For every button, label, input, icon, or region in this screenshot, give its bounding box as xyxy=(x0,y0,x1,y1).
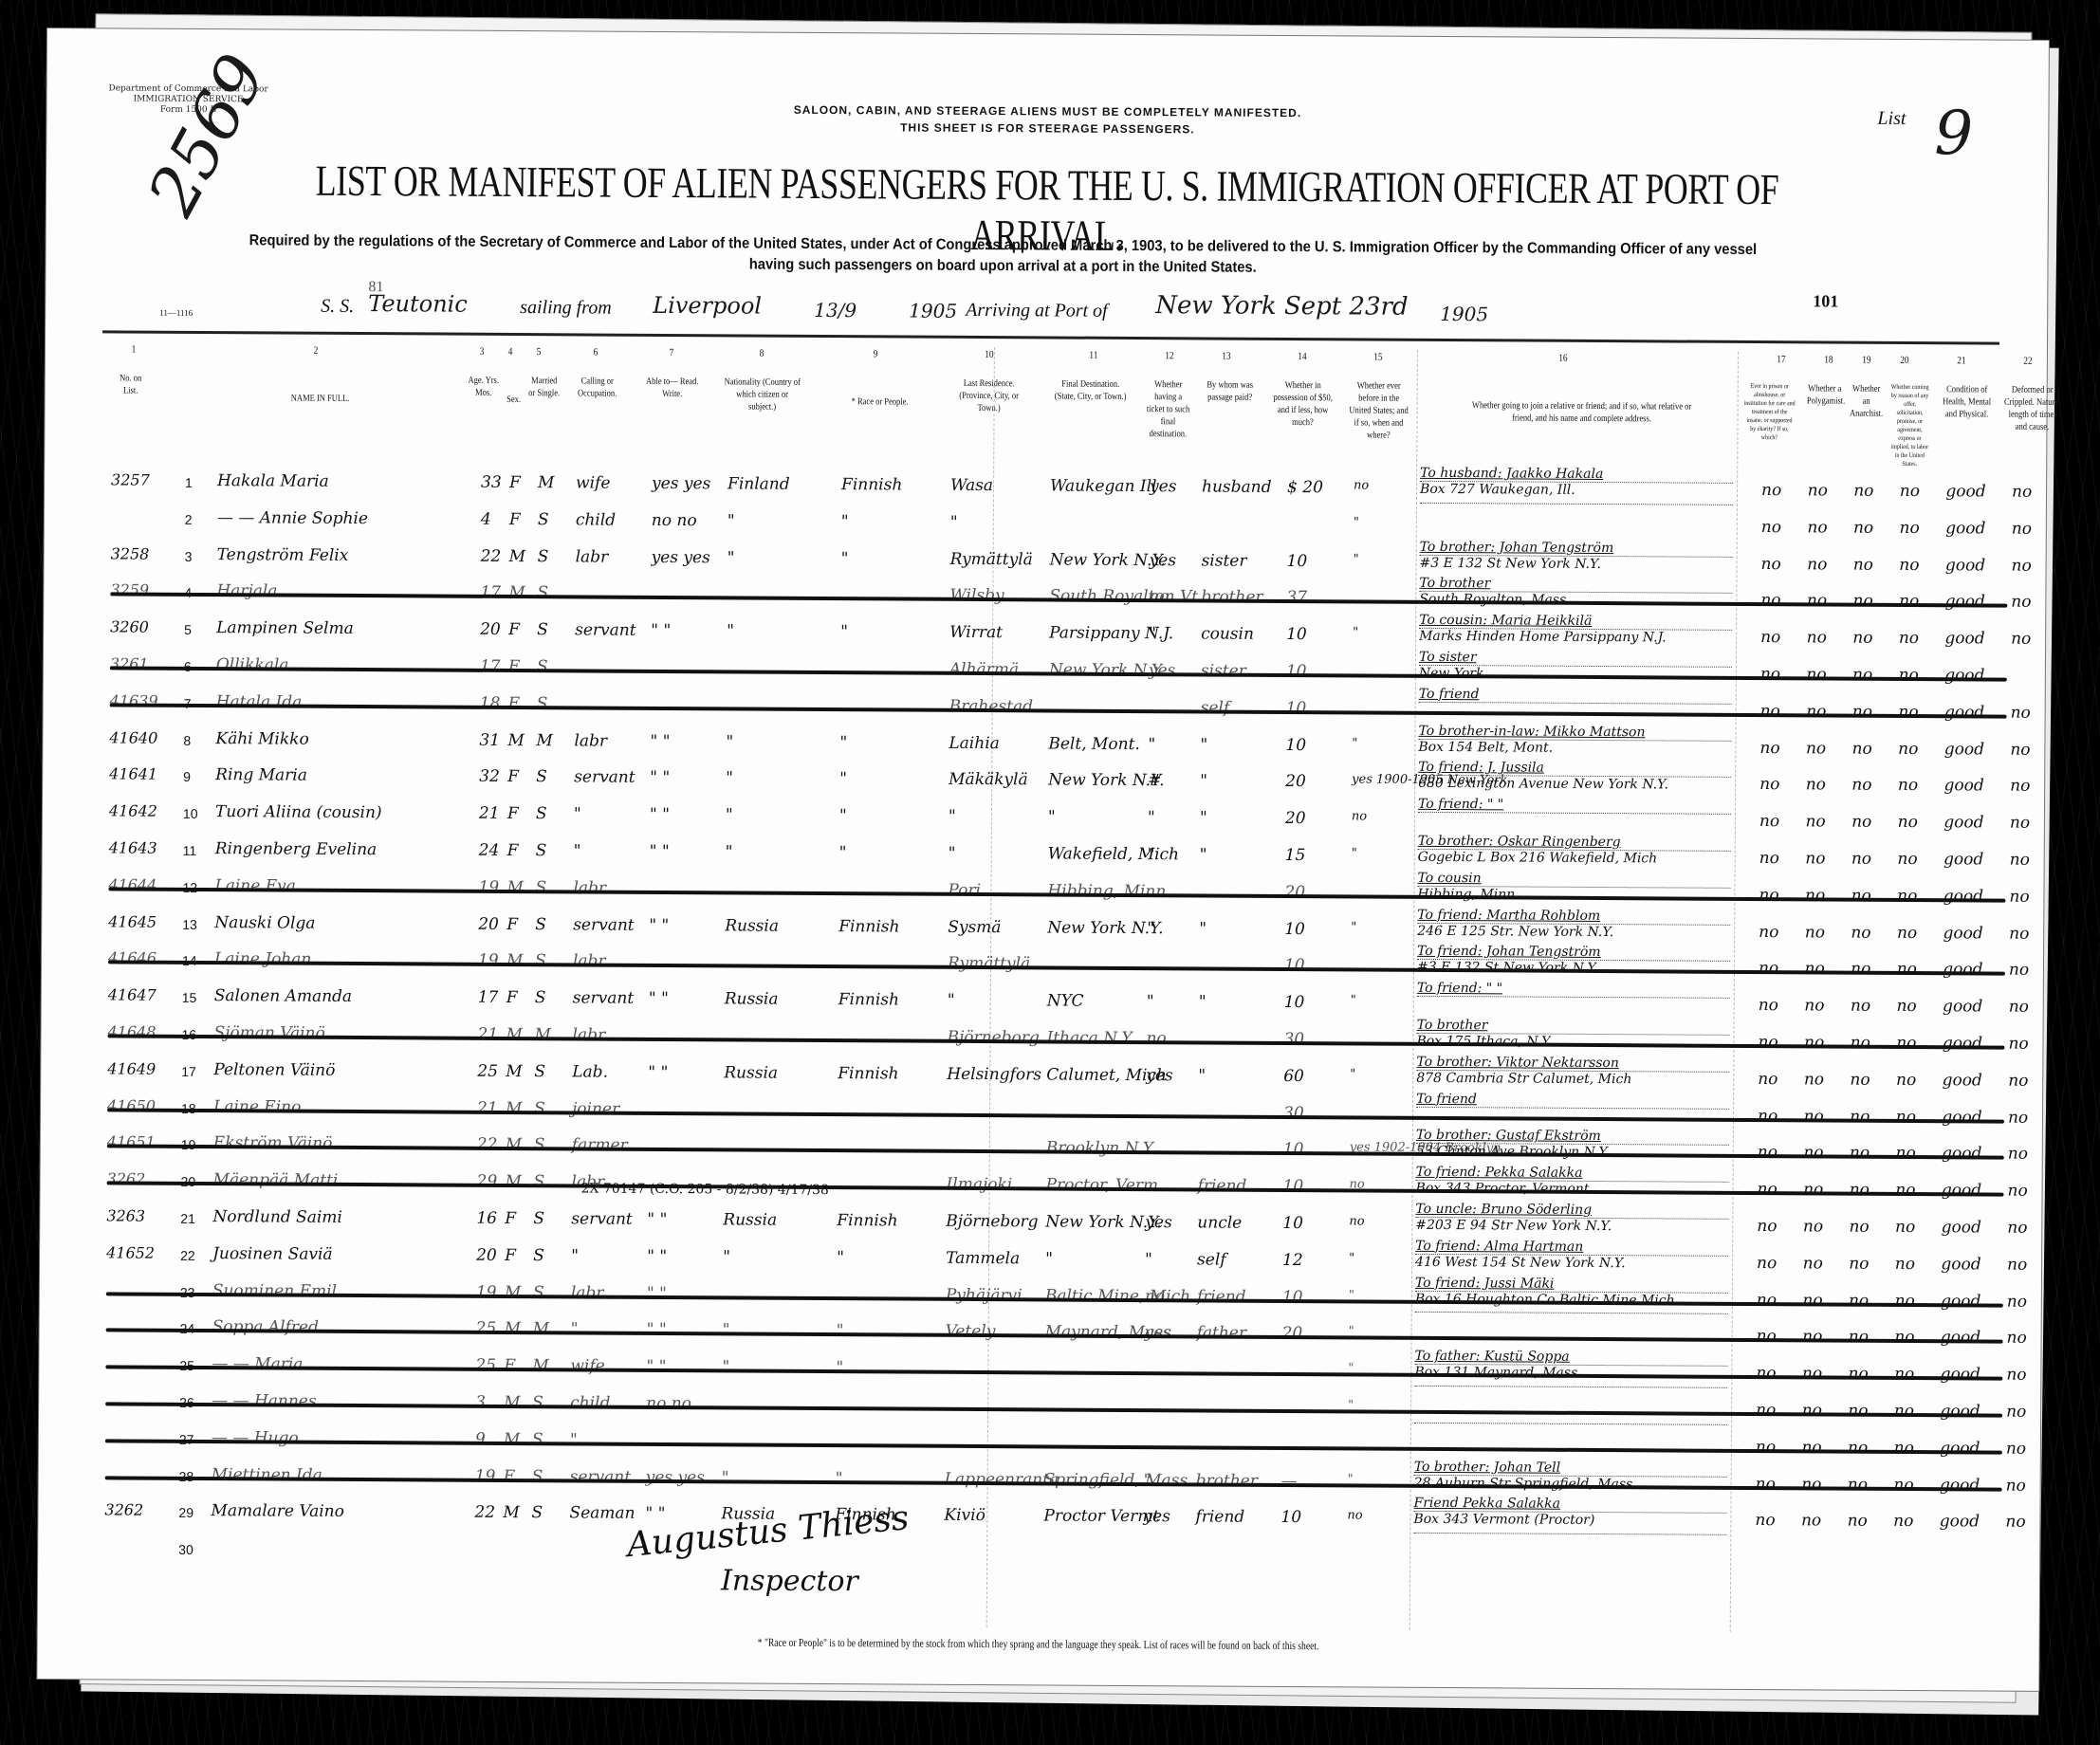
sex: M xyxy=(508,583,525,602)
nationality: " xyxy=(726,769,733,788)
age: 22 xyxy=(474,1503,495,1522)
relative-name: To friend: Johan Tengström xyxy=(1417,944,1730,962)
inspection-answers: no no no no good no xyxy=(1759,812,2030,833)
sex: F xyxy=(504,1467,515,1486)
line-number: 6 xyxy=(184,659,192,674)
col-header-contract-labor: Whether coming by reason of any offer, s… xyxy=(1890,383,1929,468)
arrival-year: 1905 xyxy=(1440,303,1488,325)
passage-paid-by: " xyxy=(1200,735,1207,754)
relative-address: #3 E 132 St New York N.Y. xyxy=(1417,960,1730,977)
passenger-name: — — Hannes xyxy=(212,1391,317,1411)
marital-status: M xyxy=(534,1025,551,1044)
last-residence: " xyxy=(949,807,956,826)
relative-address: Box 727 Waukegan, Ill. xyxy=(1420,482,1733,499)
sex: M xyxy=(506,1172,523,1191)
passage-paid-by: brother xyxy=(1201,588,1262,607)
money: 12 xyxy=(1282,1251,1303,1270)
read-write: no no xyxy=(646,1394,691,1413)
marital-status: S xyxy=(535,988,546,1007)
relative-name: To friend: Pekka Salakka xyxy=(1416,1165,1729,1183)
inspection-answers: no no no no good no xyxy=(1755,1511,2025,1532)
nationality: " xyxy=(727,622,734,641)
relative-name: To brother xyxy=(1419,576,1732,594)
money: 20 xyxy=(1285,772,1306,791)
relative-name: To brother: Gustaf Ekström xyxy=(1416,1128,1729,1146)
joining-relative: To friend: " " xyxy=(1418,797,1731,815)
money: 15 xyxy=(1285,846,1306,865)
col-header-final-destination: Final Destination. (State, City, or Town… xyxy=(1052,377,1130,402)
marital-status: S xyxy=(538,547,549,566)
last-residence: Wilsby xyxy=(949,586,1004,605)
passage-paid-by: cousin xyxy=(1201,625,1254,644)
joining-relative: To brother: Gustaf Ekström53 Clinton Ave… xyxy=(1416,1128,1729,1161)
read-write: " " xyxy=(647,1283,667,1302)
relative-name: To friend: Alma Hartman xyxy=(1415,1239,1728,1257)
previous-us-visit: " xyxy=(1348,1472,1354,1486)
list-label: List xyxy=(1877,108,1906,129)
race: " xyxy=(837,1248,844,1267)
inspection-answers: no no no no good no xyxy=(1758,1070,2028,1091)
inspection-answers: no no no no good no xyxy=(1757,1291,2027,1312)
col-header-ticket: Whether having a ticket to such final de… xyxy=(1146,378,1191,440)
relative-address: Box 343 Vermont (Proctor) xyxy=(1413,1512,1726,1529)
registry-number: 41649 xyxy=(107,1059,156,1077)
col-header-age: Age. Yrs. Mos. xyxy=(466,375,502,399)
last-residence: Björneborg xyxy=(946,1212,1038,1232)
line-number: 20 xyxy=(181,1174,196,1189)
line-number: 4 xyxy=(184,585,192,600)
passenger-name: Kähi Mikko xyxy=(215,729,308,749)
last-residence: " xyxy=(948,991,955,1010)
joining-relative: To cousinHibbing, Minn xyxy=(1417,871,1730,904)
joining-relative: To husband: Jaakko HakalaBox 727 Waukega… xyxy=(1420,466,1733,499)
age: 32 xyxy=(479,767,500,786)
last-residence: Alhärmä xyxy=(949,660,1019,679)
joining-relative: To cousin: Maria HeikkiläMarks Hinden Ho… xyxy=(1419,613,1732,646)
marital-status: S xyxy=(532,1467,543,1486)
last-residence: Mäkäkylä xyxy=(949,770,1028,790)
registry-number: 3262 xyxy=(107,1170,146,1188)
read-write: " " xyxy=(650,768,670,787)
previous-us-visit: " xyxy=(1352,846,1357,860)
line-number: 2 xyxy=(185,512,193,527)
last-residence: Pyhäjärvi xyxy=(946,1285,1022,1304)
col-num: 5 xyxy=(523,346,555,358)
passenger-name: Mäenpää Matti xyxy=(213,1170,339,1190)
previous-us-visit: " xyxy=(1349,1288,1354,1302)
line-number: 17 xyxy=(181,1064,196,1079)
read-write: " " xyxy=(650,805,670,824)
passage-paid-by: friend xyxy=(1198,1177,1247,1196)
money: 10 xyxy=(1283,1140,1304,1159)
passenger-name: Hatala Ida xyxy=(216,692,303,712)
money: 10 xyxy=(1286,625,1307,644)
relative-address: 246 E 125 Str. New York N.Y. xyxy=(1417,923,1730,940)
relative-address: South Royalton, Mass xyxy=(1419,592,1732,609)
registry-number: 3260 xyxy=(110,618,149,636)
race: " xyxy=(839,806,847,825)
passage-paid-by: sister xyxy=(1201,661,1246,680)
relative-name: To husband: Jaakko Hakala xyxy=(1420,466,1733,484)
nationality: " xyxy=(723,1321,730,1340)
read-write: " " xyxy=(651,621,671,640)
last-residence: Björneborg xyxy=(947,1028,1039,1048)
sex: M xyxy=(507,731,525,750)
age: 3 xyxy=(475,1393,486,1412)
marital-status: S xyxy=(534,1172,545,1191)
sex: F xyxy=(508,620,520,639)
inspection-answers: no no no no good no xyxy=(1758,1033,2028,1054)
line-number: 5 xyxy=(184,622,192,637)
last-residence: Tammela xyxy=(946,1249,1020,1268)
money: 10 xyxy=(1280,1508,1301,1527)
marital-status: S xyxy=(534,1062,545,1081)
line-number: 18 xyxy=(181,1100,196,1115)
voyage-line: S. S. Teutonic sailing from Liverpool 13… xyxy=(207,295,1990,334)
race: " xyxy=(841,512,849,531)
nationality: " xyxy=(728,511,735,530)
age: 17 xyxy=(480,583,501,602)
registry-number: 41642 xyxy=(109,802,157,820)
passenger-name: Lampinen Selma xyxy=(216,618,354,638)
last-residence: Vetely xyxy=(946,1322,996,1341)
last-residence: Helsingfors xyxy=(947,1065,1041,1085)
passenger-name: Ekström Väinö xyxy=(213,1133,333,1153)
marital-status: S xyxy=(537,657,548,676)
passage-paid-by: self xyxy=(1201,698,1230,717)
departure-port: Liverpool xyxy=(653,292,762,320)
registry-number: 41651 xyxy=(107,1133,156,1151)
previous-us-visit: " xyxy=(1349,1325,1354,1339)
passage-paid-by: self xyxy=(1197,1250,1226,1269)
age: 21 xyxy=(479,804,500,823)
marital-status: M xyxy=(538,473,555,492)
nationality: " xyxy=(726,732,733,751)
relative-name: To brother xyxy=(1417,1018,1730,1036)
sex: M xyxy=(505,1283,522,1302)
money: — xyxy=(1281,1472,1298,1491)
joining-relative: To brother: Johan Tengström#3 E 132 St N… xyxy=(1420,539,1733,572)
sex: M xyxy=(506,1062,523,1081)
joining-relative: To sisterNew York xyxy=(1419,650,1732,683)
passage-paid-by: " xyxy=(1200,772,1207,791)
read-write: " " xyxy=(650,731,670,750)
ticket: " xyxy=(1145,1250,1152,1269)
nationality: Russia xyxy=(723,1210,777,1229)
age: 24 xyxy=(479,841,500,860)
relative-address: Gogebic L Box 216 Wakefield, Mich xyxy=(1418,850,1731,867)
nationality: Russia xyxy=(725,916,779,935)
age: 25 xyxy=(476,1319,497,1338)
registry-number: 41644 xyxy=(108,875,157,893)
notice: SALOON, CABIN, AND STEERAGE ALIENS MUST … xyxy=(46,97,2048,143)
relative-name: To friend: J. Jussila xyxy=(1418,760,1731,778)
column-numbers: 1 2 3 4 5 6 7 8 9 10 11 12 13 14 15 16 1… xyxy=(112,343,1999,377)
registry-number: 3261 xyxy=(110,654,149,672)
age: 17 xyxy=(480,657,501,676)
col-header-money: Whether in possession of $50, and if les… xyxy=(1272,379,1334,429)
inspection-answers: no no no no good xyxy=(1760,665,1985,685)
occupation: child xyxy=(570,1393,610,1412)
previous-us-visit: " xyxy=(1352,736,1357,750)
column-headers: No. on List. NAME IN FULL. Age. Yrs. Mos… xyxy=(111,372,1999,468)
occupation: servant xyxy=(573,989,635,1008)
col-header-married: Married or Single. xyxy=(528,375,561,399)
ship-name: Teutonic xyxy=(368,290,468,318)
line-number: 16 xyxy=(181,1027,196,1042)
joining-relative: To friend: Johan Tengström#3 E 132 St Ne… xyxy=(1417,944,1730,977)
final-destination: Baltic Mine, Mich xyxy=(1045,1286,1190,1306)
stamp-number: 2569 xyxy=(133,42,282,228)
form-code: 11—1116 xyxy=(159,308,193,318)
occupation: " xyxy=(571,1246,579,1265)
registry-number: 3257 xyxy=(111,470,150,488)
col-header-occupation: Calling or Occupation. xyxy=(571,375,623,399)
passenger-name: Hakala Maria xyxy=(217,471,329,491)
ticket: no xyxy=(1149,587,1169,606)
passage-paid-by: father xyxy=(1197,1324,1247,1343)
col-num: 12 xyxy=(1150,350,1190,361)
inspection-answers: no no no no good no xyxy=(1759,739,2030,760)
marital-status: S xyxy=(538,510,549,529)
last-residence: Wasa xyxy=(950,476,993,495)
sailing-label: sailing from xyxy=(520,297,612,320)
age: 22 xyxy=(477,1135,498,1154)
relative-address: Box 16 Houghton Co Baltic Mine Mich xyxy=(1415,1291,1728,1308)
inspection-answers: no no no no good no xyxy=(1756,1438,2026,1459)
inspection-answers: no no no no good no xyxy=(1760,628,2031,649)
occupation: " xyxy=(570,1430,578,1449)
col-num: 4 xyxy=(502,346,518,358)
marital-status: S xyxy=(533,1283,544,1302)
race: Finnish xyxy=(837,1211,897,1230)
ticket: yes xyxy=(1150,477,1177,496)
money: 10 xyxy=(1285,736,1306,755)
occupation: labr xyxy=(576,547,609,566)
col-header-nationality: Nationality (Country of which citizen or… xyxy=(722,376,802,413)
read-write: " " xyxy=(649,915,669,934)
inspection-answers: no no no no good no xyxy=(1756,1364,2026,1385)
occupation: servant xyxy=(571,1209,633,1228)
col-num: 22 xyxy=(2003,356,2052,367)
age: 21 xyxy=(477,1098,498,1117)
ticket: " xyxy=(1149,624,1156,643)
line-number: 28 xyxy=(179,1468,194,1483)
money: 10 xyxy=(1284,956,1305,975)
race: " xyxy=(837,1321,844,1340)
passenger-name: Tuori Aliina (cousin) xyxy=(215,802,382,822)
read-write: " " xyxy=(649,989,669,1008)
list-number: List 9 xyxy=(1877,108,1906,130)
registry-number: 41650 xyxy=(107,1096,156,1114)
passage-paid-by: friend xyxy=(1195,1508,1244,1527)
passage-paid-by: brother xyxy=(1196,1471,1258,1490)
footnote: * "Race or People" is to be determined b… xyxy=(238,1632,1839,1656)
last-residence: Rymättylä xyxy=(950,549,1033,569)
relative-address: 878 Cambria Str Calumet, Mich xyxy=(1416,1071,1729,1088)
sex: M xyxy=(506,1025,523,1044)
col-num: 7 xyxy=(647,347,695,358)
sex: F xyxy=(507,804,519,823)
ticket: # xyxy=(1148,771,1161,790)
sex: F xyxy=(508,694,520,713)
nationality: " xyxy=(728,548,735,567)
ticket: " xyxy=(1148,845,1155,864)
marital-status: S xyxy=(533,1209,544,1228)
passenger-name: — — Hugo xyxy=(212,1428,299,1448)
registry-number: 41652 xyxy=(106,1243,155,1261)
relative-address: Box 154 Belt, Mont. xyxy=(1418,739,1731,756)
passenger-name: — — Maria xyxy=(212,1354,303,1374)
ticket: " xyxy=(1147,992,1154,1011)
passenger-name: Laine Eva xyxy=(214,876,296,896)
occupation: servant xyxy=(573,915,635,934)
money: $ 20 xyxy=(1287,478,1323,497)
relative-address: 680 Lexington Avenue New York N.Y. xyxy=(1418,776,1731,793)
joining-relative: To friend: Pekka SalakkaBox 343 Proctor,… xyxy=(1416,1165,1729,1198)
money: 10 xyxy=(1283,1177,1304,1196)
previous-us-visit: " xyxy=(1353,626,1358,640)
col-num: 1 xyxy=(121,343,146,355)
relative-address: Box 131 Maynard, Mass xyxy=(1414,1365,1727,1382)
line-number: 24 xyxy=(180,1321,195,1336)
joining-relative: To brotherSouth Royalton, Mass xyxy=(1419,576,1732,609)
line-number: 10 xyxy=(183,806,198,821)
last-residence: Laihia xyxy=(949,733,1000,752)
sex: F xyxy=(507,915,518,934)
last-residence: Rymättylä xyxy=(948,954,1030,974)
sex: M xyxy=(507,878,524,897)
col-num: 10 xyxy=(953,349,1026,360)
joining-relative: To friend: Alma Hartman416 West 154 St N… xyxy=(1415,1239,1728,1272)
inspection-answers: no no no no good no xyxy=(1759,959,2029,980)
departure-date: 13/9 xyxy=(814,299,857,321)
last-residence: " xyxy=(950,513,958,532)
line-number: 23 xyxy=(180,1284,195,1299)
marital-status: S xyxy=(533,1246,544,1265)
passenger-name: Salonen Amanda xyxy=(214,986,352,1006)
previous-us-visit: no xyxy=(1352,810,1367,824)
money: 10 xyxy=(1284,920,1305,939)
sex: F xyxy=(507,767,519,786)
occupation: child xyxy=(576,510,616,529)
read-write: " " xyxy=(650,842,670,861)
money: 20 xyxy=(1282,1324,1303,1343)
col-header-passage-paid: By whom was passage paid? xyxy=(1204,378,1257,403)
final-destination: Waukegan Ill xyxy=(1050,476,1157,496)
col-num: 9 xyxy=(839,348,912,359)
relative-name: To friend: Martha Rohblom xyxy=(1417,907,1730,925)
sex: F xyxy=(505,1246,516,1265)
age: 21 xyxy=(477,1025,498,1044)
final-destination: Ithaca N.Y. xyxy=(1046,1028,1134,1048)
passenger-name: — — Annie Sophie xyxy=(217,508,368,528)
relative-name: To cousin: Maria Heikkilä xyxy=(1419,613,1732,631)
marital-status: M xyxy=(533,1320,550,1339)
relative-name: To friend: Jussi Mäki xyxy=(1415,1275,1728,1293)
money: 10 xyxy=(1284,993,1305,1012)
final-destination: " xyxy=(1045,1249,1053,1268)
money: 30 xyxy=(1283,1104,1304,1123)
marital-status: M xyxy=(536,731,553,750)
sex: F xyxy=(504,1356,515,1375)
marital-status: S xyxy=(536,841,547,860)
line-number: 27 xyxy=(179,1432,194,1447)
col-header-joining: Whether going to join a relative or frie… xyxy=(1461,399,1703,426)
previous-us-visit: " xyxy=(1350,1067,1355,1081)
col-header-last-residence: Last Residence. (Province, City, or Town… xyxy=(952,377,1025,414)
sex: M xyxy=(505,1319,522,1338)
sex: M xyxy=(504,1430,521,1449)
occupation: " xyxy=(571,1320,579,1339)
sex: F xyxy=(505,1209,516,1228)
joining-relative: To friend xyxy=(1419,687,1732,705)
sex: M xyxy=(504,1393,521,1412)
col-header-name: NAME IN FULL. xyxy=(264,392,377,405)
relative-name: To brother: Johan Tell xyxy=(1414,1459,1727,1477)
relative-address: #3 E 132 St New York N.Y. xyxy=(1420,555,1733,572)
joining-relative: To uncle: Bruno Söderling#203 E 94 Str N… xyxy=(1415,1202,1728,1235)
marital-status: S xyxy=(535,878,546,897)
age: 19 xyxy=(475,1466,496,1485)
marital-status: S xyxy=(537,620,548,639)
final-destination: Proctor, Verm. xyxy=(1046,1176,1164,1196)
sex: F xyxy=(509,473,521,492)
joining-relative: To brother: Viktor Nektarsson878 Cambria… xyxy=(1416,1055,1729,1088)
age: 19 xyxy=(478,878,499,897)
inspection-answers: no no no no good no xyxy=(1759,849,2030,870)
marital-status: S xyxy=(532,1430,543,1449)
final-destination: Brooklyn N.Y. xyxy=(1046,1139,1157,1159)
ticket: yes xyxy=(1143,1507,1170,1526)
passenger-name: Nordlund Saimi xyxy=(212,1207,342,1227)
sex: M xyxy=(506,1135,523,1154)
ticket: " xyxy=(1148,808,1155,827)
money: 10 xyxy=(1286,662,1307,681)
read-write: no no xyxy=(652,511,697,530)
race: " xyxy=(841,549,849,568)
ticket: " xyxy=(1147,919,1154,938)
money: 10 xyxy=(1286,699,1307,718)
age: 9 xyxy=(475,1430,486,1449)
line-number: 15 xyxy=(182,990,197,1005)
race: Finnish xyxy=(841,475,902,494)
nationality: " xyxy=(723,1247,730,1266)
previous-us-visit: " xyxy=(1351,994,1356,1008)
department-name: Department of Commerce and Labor xyxy=(108,83,269,95)
registry-number: 3258 xyxy=(111,544,150,562)
col-header-polygamist: Whether a Polygamist. xyxy=(1807,382,1843,407)
marital-status: S xyxy=(535,952,546,971)
age: 20 xyxy=(478,914,499,933)
passenger-name: Peltonen Väinö xyxy=(213,1060,335,1080)
occupation: servant xyxy=(575,621,636,640)
marital-status: S xyxy=(537,584,548,603)
relative-address: Marks Hinden Home Parsippany N.J. xyxy=(1419,629,1732,646)
line-number: 19 xyxy=(181,1137,196,1152)
col-num: 8 xyxy=(726,347,799,358)
sex: M xyxy=(503,1503,520,1522)
last-residence: " xyxy=(949,844,956,863)
joining-relative: To father: Kustü SoppaBox 131 Maynard, M… xyxy=(1414,1349,1727,1382)
inspection-answers: no no no no good no xyxy=(1760,591,2031,612)
last-residence: Brahestad xyxy=(949,697,1033,717)
occupation: labr xyxy=(574,731,607,750)
passage-paid-by: " xyxy=(1199,919,1207,938)
age: 33 xyxy=(481,473,502,492)
read-write: " " xyxy=(647,1320,667,1339)
line-number: 30 xyxy=(178,1542,193,1557)
